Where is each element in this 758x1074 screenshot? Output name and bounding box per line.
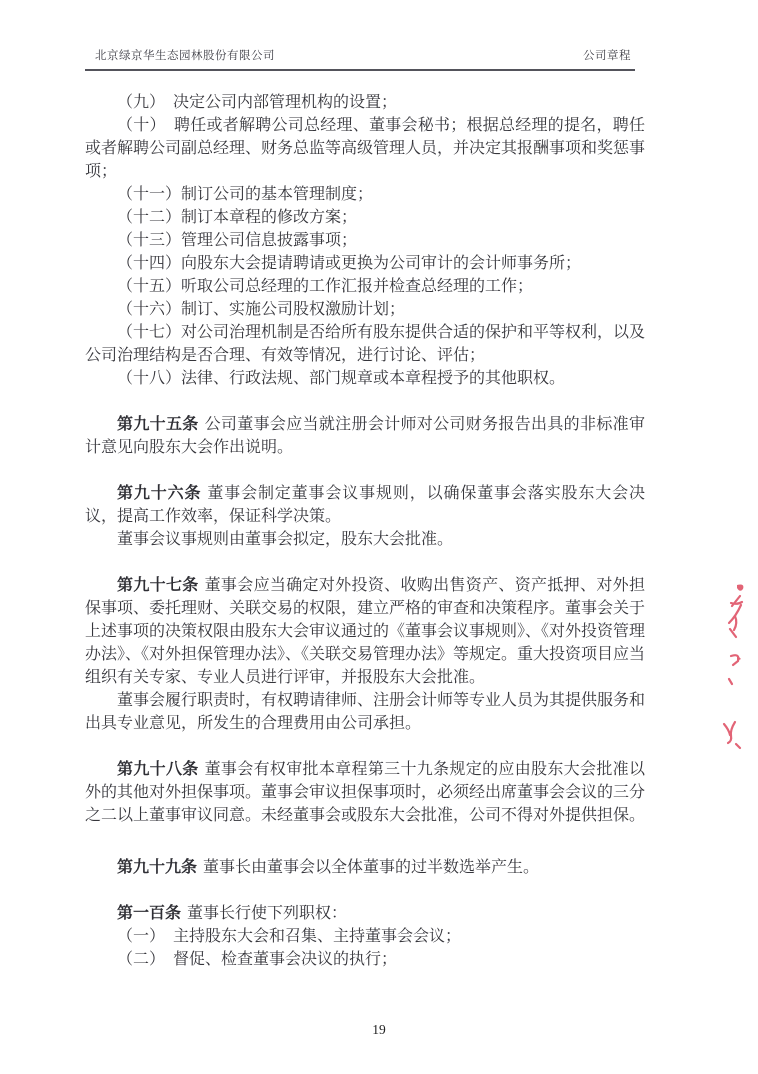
article-number: 第一百条 (117, 905, 181, 922)
list-item: （十一）制订公司的基本管理制度； (85, 183, 645, 206)
article-number: 第九十五条 (117, 416, 199, 433)
article-text: 董事长由董事会以全体董事的过半数选举产生。 (203, 859, 539, 876)
list-item: （九） 决定公司内部管理机构的设置； (85, 91, 645, 114)
list-item: （二） 督促、检查董事会决议的执行； (85, 948, 645, 971)
company-name: 北京绿京华生态园林股份有限公司 (95, 47, 275, 63)
article-paragraph: 第九十七条董事会应当确定对外投资、收购出售资产、资产抵押、对外担保事项、委托理财… (85, 574, 645, 689)
article-paragraph: 第九十八条董事会有权审批本章程第三十九条规定的应由股东大会批准以外的其他对外担保… (85, 758, 645, 827)
list-item: （一） 主持股东大会和召集、主持董事会会议； (85, 925, 645, 948)
list-item: （十七）对公司治理机制是否给所有股东提供合适的保护和平等权利，以及公司治理结构是… (85, 321, 645, 367)
doc-title: 公司章程 (583, 47, 631, 63)
paragraph: 董事会议事规则由董事会拟定，股东大会批准。 (85, 528, 645, 551)
page-footer: 19 (0, 1022, 758, 1038)
article-paragraph: 第九十六条董事会制定董事会议事规则，以确保董事会落实股东大会决议，提高工作效率，… (85, 482, 645, 528)
list-item: （十二）制订本章程的修改方案； (85, 206, 645, 229)
article-number: 第九十七条 (117, 577, 199, 594)
article-number: 第九十六条 (117, 485, 201, 502)
article-text: 董事长行使下列职权： (187, 905, 347, 922)
red-ink-marks (710, 572, 758, 762)
article-paragraph: 第九十五条公司董事会应当就注册会计师对公司财务报告出具的非标准审计意见向股东大会… (85, 413, 645, 459)
article-paragraph: 第一百条董事长行使下列职权： (85, 902, 645, 925)
article-paragraph: 第九十九条董事长由董事会以全体董事的过半数选举产生。 (85, 856, 645, 879)
page-header: 北京绿京华生态园林股份有限公司 公司章程 (85, 47, 635, 71)
page-number: 19 (372, 1022, 386, 1037)
document-page: 北京绿京华生态园林股份有限公司 公司章程 （九） 决定公司内部管理机构的设置； … (0, 0, 758, 1074)
list-item: （十三）管理公司信息披露事项； (85, 229, 645, 252)
list-item: （十八）法律、行政法规、部门规章或本章程授予的其他职权。 (85, 367, 645, 390)
article-number: 第九十九条 (117, 859, 197, 876)
list-item: （十五）听取公司总经理的工作汇报并检查总经理的工作； (85, 275, 645, 298)
list-item: （十四）向股东大会提请聘请或更换为公司审计的会计师事务所； (85, 252, 645, 275)
article-number: 第九十八条 (117, 761, 199, 778)
list-item: （十六）制订、实施公司股权激励计划； (85, 298, 645, 321)
paragraph: 董事会履行职责时，有权聘请律师、注册会计师等专业人员为其提供服务和出具专业意见，… (85, 689, 645, 735)
list-item: （十） 聘任或者解聘公司总经理、董事会秘书；根据总经理的提名，聘任或者解聘公司副… (85, 114, 645, 183)
document-body: （九） 决定公司内部管理机构的设置； （十） 聘任或者解聘公司总经理、董事会秘书… (85, 91, 645, 971)
